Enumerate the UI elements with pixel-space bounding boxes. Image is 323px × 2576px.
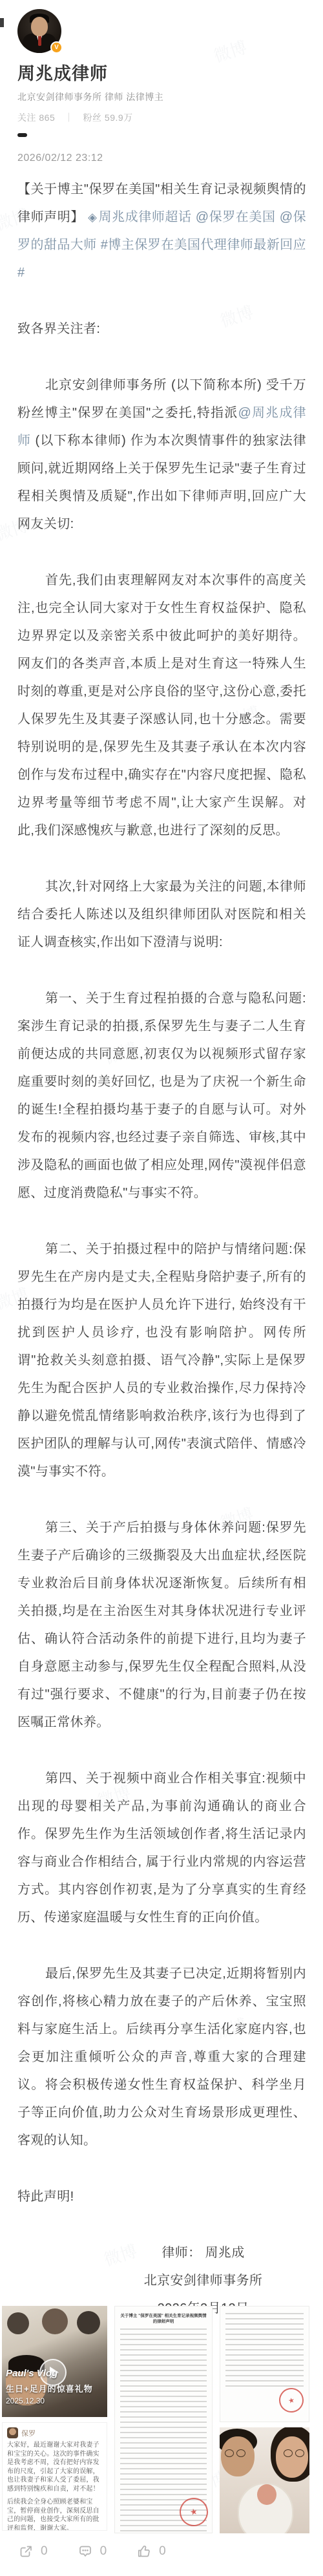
photo-baby-face: [257, 2484, 276, 2505]
comment-header: 保罗: [7, 2427, 102, 2438]
post-body: 【关于博主"保罗在美国"相关生育记录视频舆情的律师声明】 ◈周兆成律师超话 @保…: [17, 176, 306, 2323]
closing-statement: 特此声明!: [17, 2183, 306, 2211]
profile-name[interactable]: 周兆成律师: [17, 59, 306, 85]
thumb-person: [42, 2308, 68, 2334]
profile-description: 北京安剑律师事务所 律师 法律博主: [17, 90, 306, 103]
scan-title: 关于博主 "保罗在美国" 相关生育记录视频舆情的律师声明: [120, 2313, 207, 2325]
supertopic-icon: ◈: [88, 204, 97, 231]
salutation: 致各界关注者:: [17, 315, 306, 343]
comment-text-1: 大家好，最近谢谢大家对我妻子和宝宝的关心。这次的事件确实是我考虑不周，没有把好内…: [7, 2441, 102, 2493]
repost-icon: [18, 2544, 34, 2559]
paragraph-intro: 北京安剑律师事务所 (以下简称本所) 受千万粉丝博主"保罗在美国"之委托,特指派…: [17, 372, 306, 538]
comment-screenshot[interactable]: 保罗 大家好，最近谢谢大家对我妻子和宝宝的关心。这次的事件确实是我考虑不周，没有…: [2, 2422, 107, 2531]
repost-button[interactable]: 0: [18, 2544, 48, 2559]
repost-count: 0: [41, 2544, 48, 2559]
photo-glasses: [225, 2449, 234, 2457]
post-title-paragraph: 【关于博主"保罗在美国"相关生育记录视频舆情的律师声明】 ◈周兆成律师超话 @保…: [17, 176, 306, 287]
followers-count[interactable]: 59.9万: [105, 112, 133, 123]
profile-header: V 周兆成律师 北京安剑律师事务所 律师 法律博主 关注 865 ｜ 粉丝 59…: [0, 0, 323, 124]
like-button[interactable]: 0: [136, 2544, 166, 2559]
video-date: 2025.12.30: [6, 2396, 45, 2405]
stats-separator: ｜: [65, 112, 74, 123]
comment-button[interactable]: 0: [78, 2544, 107, 2559]
attachment-grid: Paul's Vlog 生日+足月的惊喜礼物 2025.12.30 保罗 大家好…: [2, 2306, 318, 2533]
avatar[interactable]: V: [17, 9, 61, 53]
attachment-column-3: ★: [220, 2306, 309, 2533]
signature-firm: 北京安剑律师事务所: [134, 2267, 273, 2295]
paragraph-intro-text2: (以下称本律师) 作为本次舆情事件的独家法律顾问,就近期网络上关于保罗先生记录"…: [17, 434, 306, 531]
paragraph-point-4: 第四、关于视频中商业合作相关事宜:视频中出现的母婴相关产品,为事前沟通确认的商业…: [17, 1765, 306, 1932]
paragraph-point-3: 第三、关于产后拍摄与身体休养问题:保罗先生妻子产后确诊的三级撕裂及大出血症状,经…: [17, 1514, 306, 1737]
statement-scan-page-2[interactable]: ★: [220, 2306, 309, 2422]
supertopic-link[interactable]: 周兆成律师超话: [98, 210, 191, 224]
paragraph-final: 最后,保罗先生及其妻子已决定,近期将暂别内容创作,将核心精力放在妻子的产后休养、…: [17, 1960, 306, 2155]
attachment-column-1: Paul's Vlog 生日+足月的惊喜礼物 2025.12.30 保罗 大家好…: [2, 2306, 107, 2533]
video-brand: Paul's Vlog: [6, 2368, 57, 2379]
post-timestamp: 2026/02/12 23:12: [17, 153, 103, 164]
mention-link-paul[interactable]: @保罗在美国: [196, 210, 276, 224]
profile-stats: 关注 865 ｜ 粉丝 59.9万: [17, 111, 306, 124]
scan-text-lines: [225, 2313, 304, 2391]
paragraph-point-1: 第一、关于生育过程拍摄的合意与隐私问题:案涉生育记录的拍摄,系保罗先生与妻子二人…: [17, 985, 306, 1207]
attachment-column-2: 关于博主 "保罗在美国" 相关生育记录视频舆情的律师声明 ★: [114, 2306, 213, 2533]
family-baby-photo[interactable]: [220, 2427, 309, 2533]
photo-glasses: [236, 2449, 245, 2457]
like-icon: [136, 2544, 152, 2559]
engagement-bar: 0 0 0: [18, 2544, 305, 2559]
weibo-post-page: 微博 微博 微博 微博 微博 微博 微博 微博 微博 微博 微博 微博 V 周兆…: [0, 0, 323, 2576]
comment-icon: [78, 2544, 93, 2559]
paragraph-second: 其次,针对网络上大家最为关注的问题,本律师结合委托人陈述以及组织律师团队对医院和…: [17, 873, 306, 956]
followers-label[interactable]: 粉丝: [83, 112, 102, 123]
photo-glasses: [284, 2449, 293, 2457]
video-caption: 生日+足月的惊喜礼物: [6, 2382, 93, 2394]
thumb-person: [77, 2311, 100, 2334]
verified-icon: V: [50, 41, 63, 54]
collapsed-bar: [17, 133, 27, 137]
photo-mom-face: [276, 2436, 308, 2478]
photo-dad-face: [221, 2436, 255, 2476]
following-count[interactable]: 865: [39, 112, 55, 123]
comment-count: 0: [100, 2544, 107, 2559]
photo-glasses: [295, 2449, 304, 2457]
avatar-face: [31, 17, 48, 36]
following-label[interactable]: 关注: [17, 112, 36, 123]
paragraph-first: 首先,我们由衷理解网友对本次事件的高度关注,也完全认同大家对于女性生育权益保护、…: [17, 567, 306, 845]
signature-lawyer: 律师： 周兆成: [134, 2239, 273, 2267]
avatar-tie: [38, 36, 41, 46]
video-thumbnail[interactable]: Paul's Vlog 生日+足月的惊喜礼物 2025.12.30: [2, 2306, 107, 2417]
comment-text-2: 后续我会全身心照顾老婆和宝宝，暂停商业创作，深刻反思自己的问题，也接受大家所有的…: [7, 2498, 102, 2531]
comment-author: 保罗: [21, 2428, 36, 2438]
paragraph-point-2: 第二、关于拍摄过程中的陪护与情绪问题:保罗先生在产房内是丈夫,全程贴身陪护妻子,…: [17, 1236, 306, 1486]
comment-avatar: [7, 2427, 18, 2438]
thumb-person: [7, 2312, 29, 2334]
like-count: 0: [159, 2544, 166, 2559]
statement-scan-page-1[interactable]: 关于博主 "保罗在美国" 相关生育记录视频舆情的律师声明 ★: [114, 2306, 213, 2533]
